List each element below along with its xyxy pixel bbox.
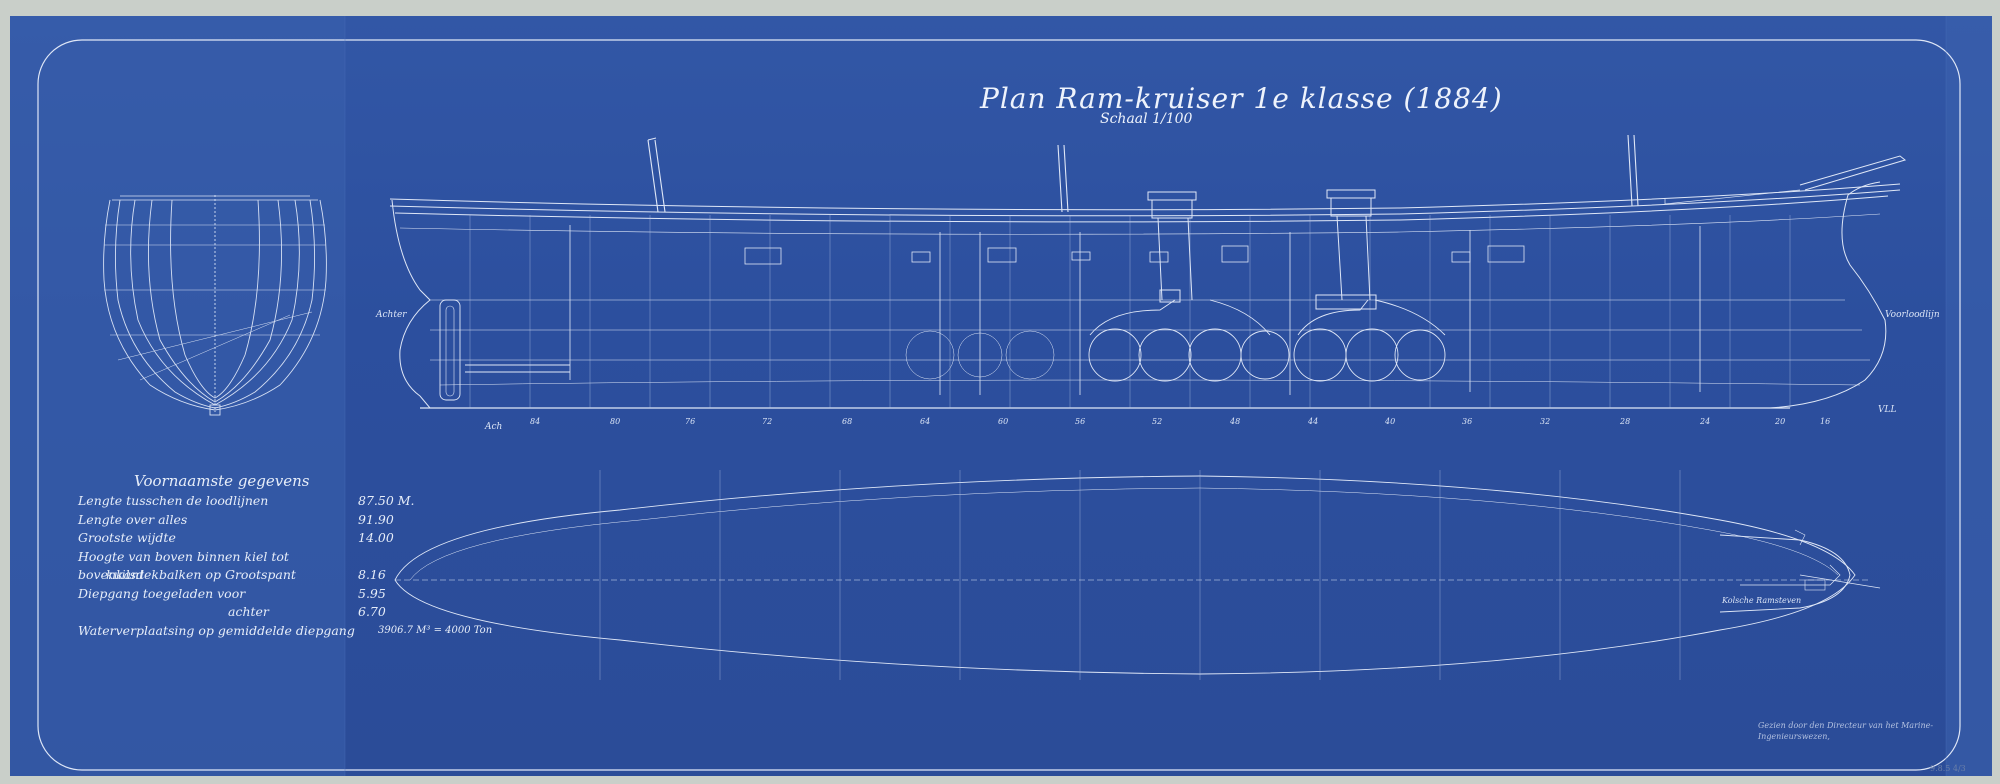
archive-stamp: 9.8.5 4/3 <box>1930 764 1966 773</box>
spec-label: Lengte tusschen de loodlijnen <box>78 492 268 511</box>
frame-number: 28 <box>1620 417 1630 426</box>
approval-signature: Gezien door den Directeur van het Marine… <box>1758 720 1933 742</box>
spec-value: 3906.7 M³ = 4000 Ton <box>378 622 518 641</box>
frame-number: 32 <box>1540 417 1550 426</box>
spec-value <box>358 548 418 567</box>
spec-label: Lengte over alles <box>78 511 187 530</box>
frame-number: 64 <box>920 417 930 426</box>
spec-row: Grootste wijdte14.00 <box>78 529 418 548</box>
specifications-table: Voornaamste gegevens Lengte tusschen de … <box>78 472 418 640</box>
signature-line: Ingenieurswezen, <box>1758 731 1933 742</box>
fwd-perpendicular-label: Voorloodlijn <box>1885 310 1940 320</box>
spec-row: Waterverplaatsing op gemiddelde diepgang… <box>78 622 518 641</box>
frame-number: 76 <box>685 417 695 426</box>
spec-value: 14.00 <box>358 529 418 548</box>
profile-view <box>390 135 1905 408</box>
frame-number: 48 <box>1230 417 1240 426</box>
frame-number: 60 <box>998 417 1008 426</box>
spec-value: 91.90 <box>358 511 418 530</box>
body-plan <box>104 195 327 415</box>
spec-value: 8.16 <box>358 566 418 585</box>
frame-number: 68 <box>842 417 852 426</box>
spec-row: Diepgang toegeladen voor5.95 <box>78 585 418 604</box>
frame-number: 40 <box>1385 417 1395 426</box>
drawing-scale: Schaal 1/100 <box>1100 111 1192 127</box>
frame-number: 52 <box>1152 417 1162 426</box>
spec-label: kuilsdekbalken op Grootspant <box>78 566 296 585</box>
specifications-heading: Voornaamste gegevens <box>134 472 418 490</box>
frame-number: 72 <box>762 417 772 426</box>
aft-label: Achter <box>376 310 407 320</box>
frame-number: 20 <box>1775 417 1785 426</box>
ram-bow-note: Kolsche Ramsteven <box>1722 596 1801 605</box>
spec-label: Waterverplaatsing op gemiddelde diepgang <box>78 622 355 641</box>
spec-value: 5.95 <box>358 585 418 604</box>
frame-number: 56 <box>1075 417 1085 426</box>
spec-value: 87.50 M. <box>358 492 418 511</box>
frame-number: 80 <box>610 417 620 426</box>
frame-number: 84 <box>530 417 540 426</box>
plan-view <box>395 470 1880 680</box>
frame-number: 16 <box>1820 417 1830 426</box>
spec-row: Lengte tusschen de loodlijnen87.50 M. <box>78 492 418 511</box>
spec-label: Hoogte van boven binnen kiel tot bovenka… <box>78 548 358 567</box>
drawing-canvas <box>0 0 2000 784</box>
drawing-title: Plan Ram-kruiser 1e klasse (1884) <box>980 82 1503 115</box>
spec-label: Grootste wijdte <box>78 529 176 548</box>
spec-row: Lengte over alles91.90 <box>78 511 418 530</box>
aft-frame-label: Ach <box>485 422 502 432</box>
drawing-border <box>38 40 1960 770</box>
spec-row: Hoogte van boven binnen kiel tot bovenka… <box>78 548 418 567</box>
spec-label: Diepgang toegeladen voor <box>78 585 245 604</box>
frame-number: 24 <box>1700 417 1710 426</box>
fwd-frame-label: VLL <box>1878 405 1896 415</box>
spec-value: 6.70 <box>358 603 418 622</box>
frame-number: 44 <box>1308 417 1318 426</box>
signature-line: Gezien door den Directeur van het Marine… <box>1758 720 1933 731</box>
frame-number: 36 <box>1462 417 1472 426</box>
spec-row: kuilsdekbalken op Grootspant8.16 <box>78 566 418 585</box>
spec-row: achter6.70 <box>78 603 418 622</box>
spec-label: achter <box>78 603 269 622</box>
